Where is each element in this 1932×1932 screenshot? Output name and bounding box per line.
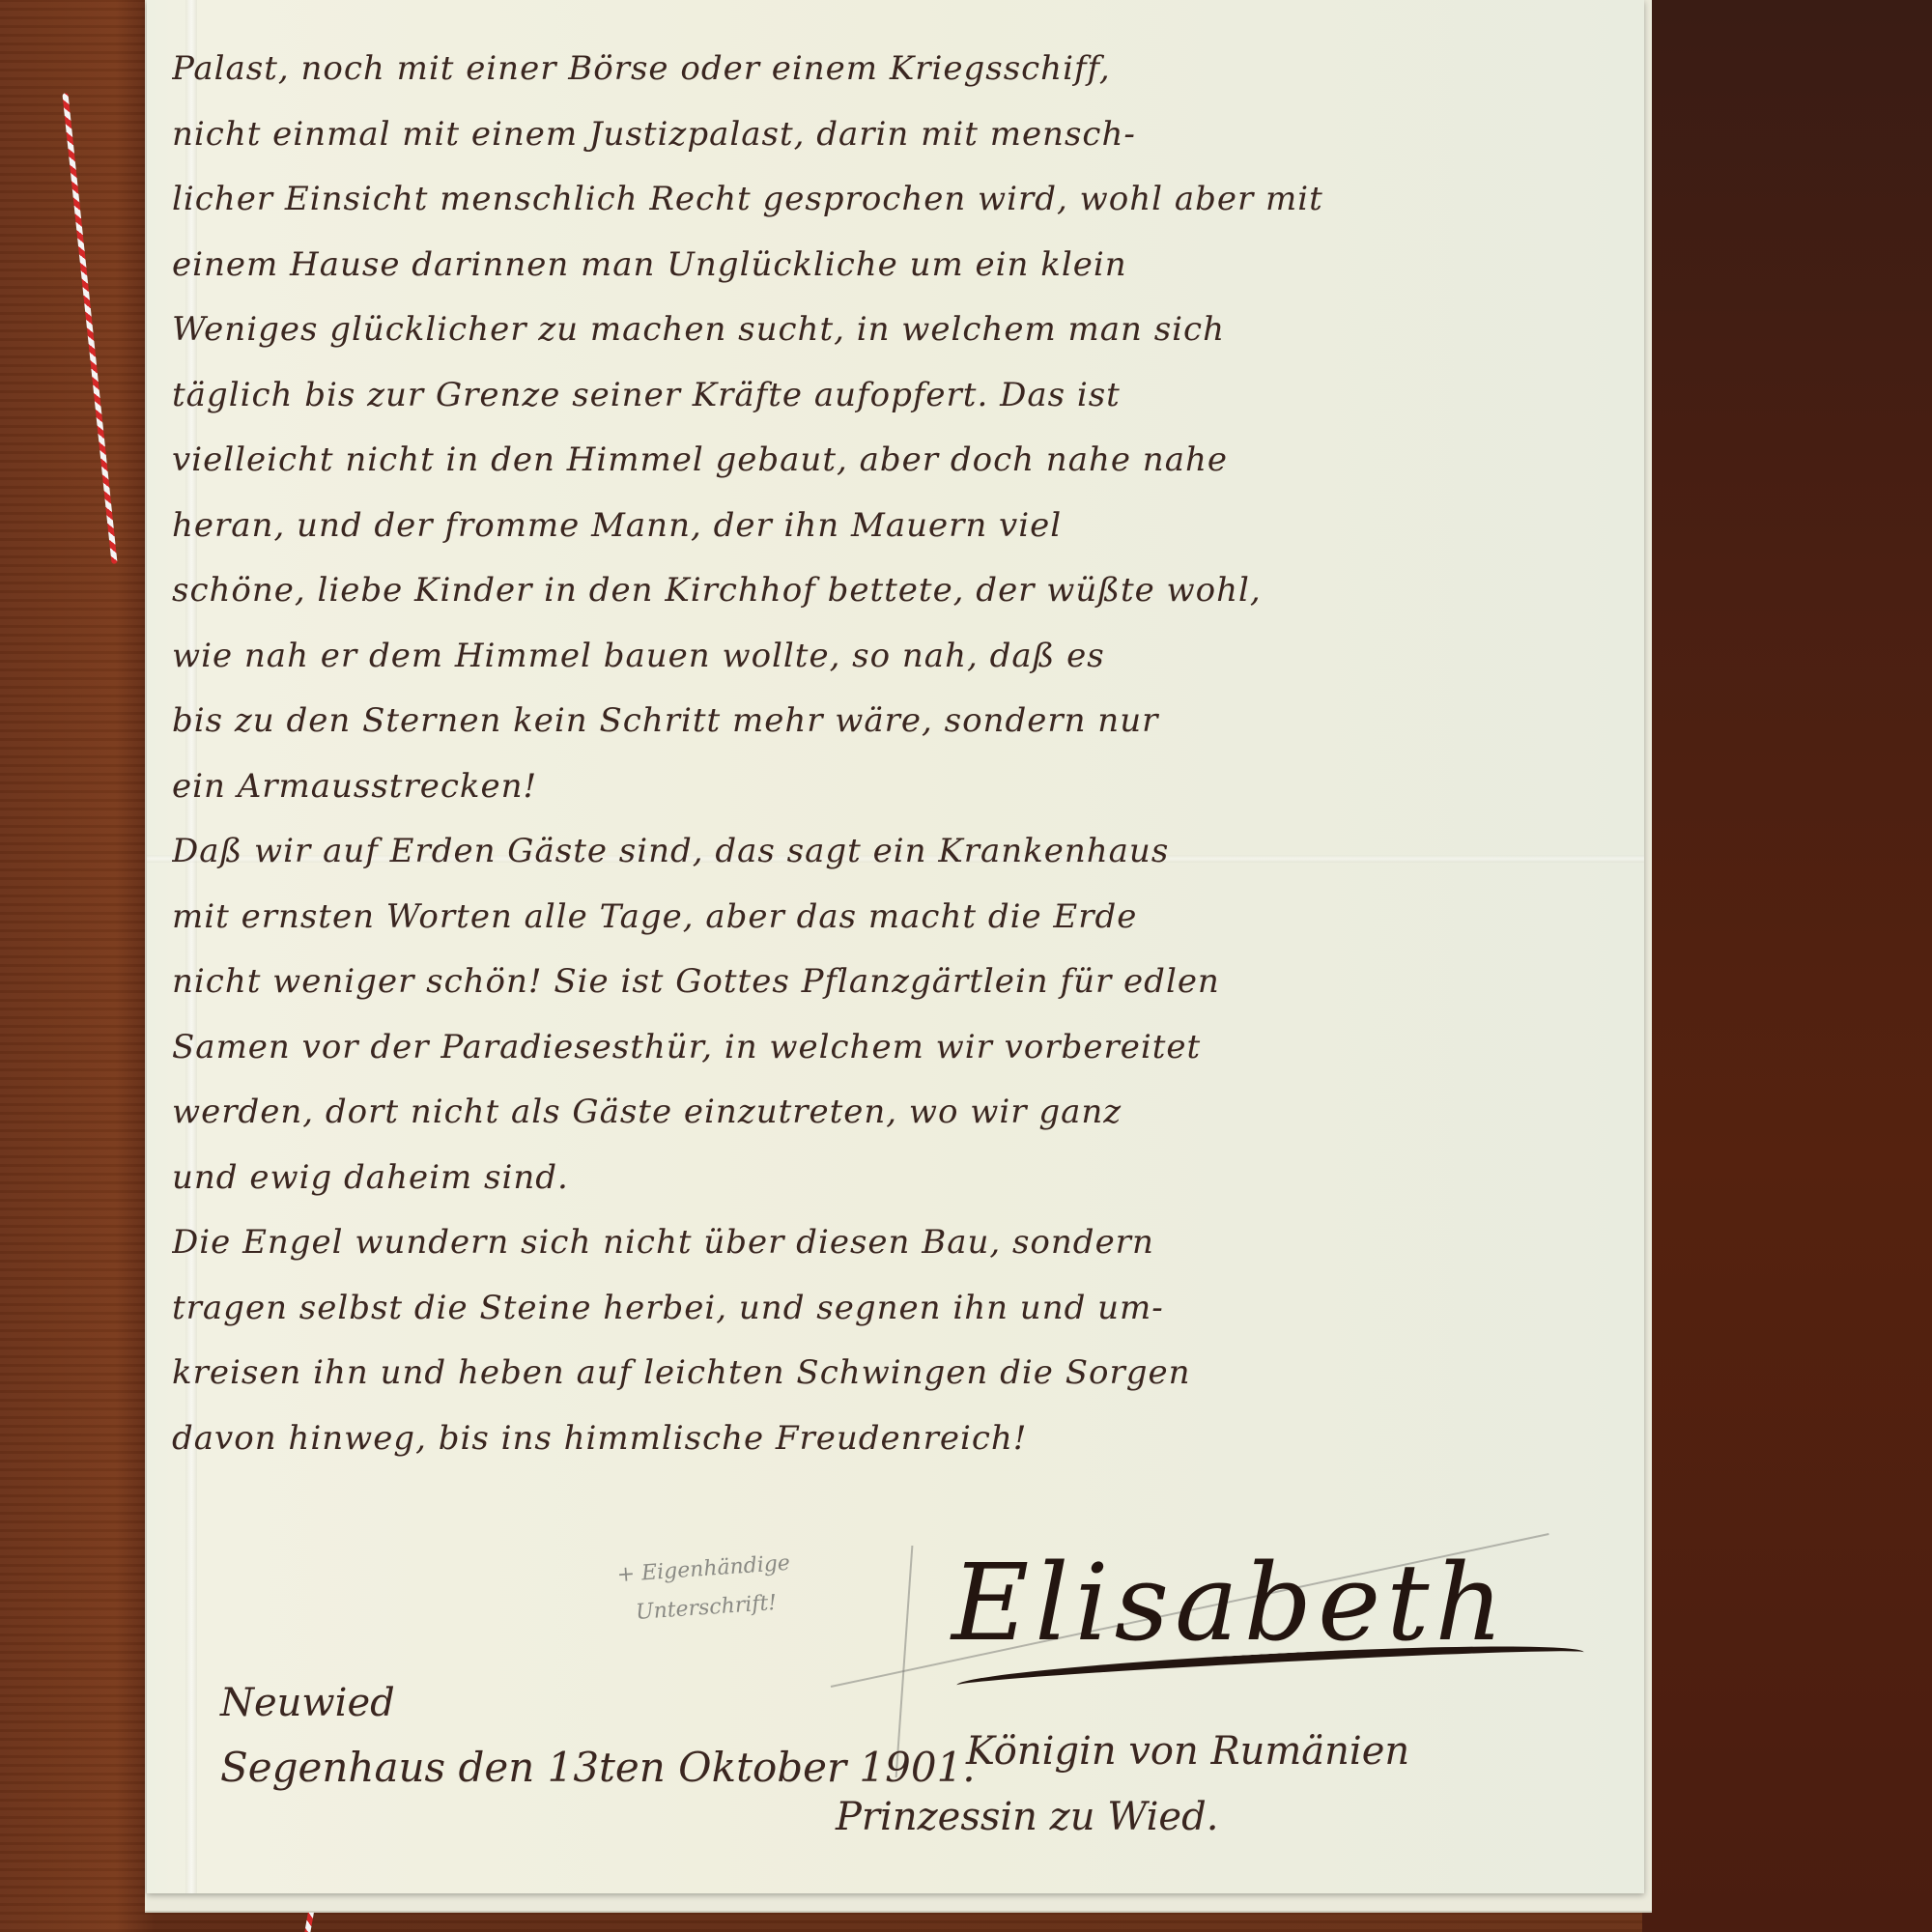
body-line: schöne, liebe Kinder in den Kirchhof bet… [172, 558, 1631, 624]
wooden-table-dark-area [1642, 0, 1932, 1932]
body-line: Daß wir auf Erden Gäste sind, das sagt e… [172, 819, 1631, 885]
body-line: täglich bis zur Grenze seiner Kräfte auf… [172, 363, 1631, 429]
letter-body: Palast, noch mit einer Börse oder einem … [172, 37, 1631, 1471]
pencil-annotation: + Eigenhändige Unterschrift! [615, 1545, 794, 1634]
body-line: licher Einsicht menschlich Recht gesproc… [172, 167, 1631, 233]
body-line: kreisen ihn und heben auf leichten Schwi… [172, 1341, 1631, 1406]
signature: Elisabeth [952, 1541, 1509, 1664]
body-line: heran, und der fromme Mann, der ihn Maue… [172, 494, 1631, 559]
signer-title-queen: Königin von Rumänien [966, 1729, 1409, 1774]
place-name: Neuwied [220, 1681, 395, 1725]
body-line: bis zu den Sternen kein Schritt mehr wär… [172, 689, 1631, 754]
signer-title-princess: Prinzessin zu Wied. [836, 1795, 1218, 1839]
body-line: nicht einmal mit einem Justizpalast, dar… [172, 102, 1631, 168]
body-line: Samen vor der Paradiesesthür, in welchem… [172, 1015, 1631, 1081]
body-line: vielleicht nicht in den Himmel gebaut, a… [172, 428, 1631, 494]
body-line: Weniges glücklicher zu machen sucht, in … [172, 298, 1631, 363]
body-line: werden, dort nicht als Gäste einzutreten… [172, 1080, 1631, 1146]
place-and-date: Segenhaus den 13ten Oktober 1901. [220, 1744, 976, 1791]
body-line: Palast, noch mit einer Börse oder einem … [172, 37, 1631, 102]
body-line: tragen selbst die Steine herbei, und seg… [172, 1276, 1631, 1342]
body-line: mit ernsten Worten alle Tage, aber das m… [172, 885, 1631, 951]
body-line: einem Hause darinnen man Unglückliche um… [172, 233, 1631, 298]
body-line: wie nah er dem Himmel bauen wollte, so n… [172, 624, 1631, 690]
body-line: ein Armausstrecken! [172, 754, 1631, 820]
body-line: davon hinweg, bis ins himmlische Freuden… [172, 1406, 1631, 1472]
body-line: und ewig daheim sind. [172, 1146, 1631, 1211]
body-line: Die Engel wundern sich nicht über diesen… [172, 1210, 1631, 1276]
body-line: nicht weniger schön! Sie ist Gottes Pfla… [172, 950, 1631, 1015]
